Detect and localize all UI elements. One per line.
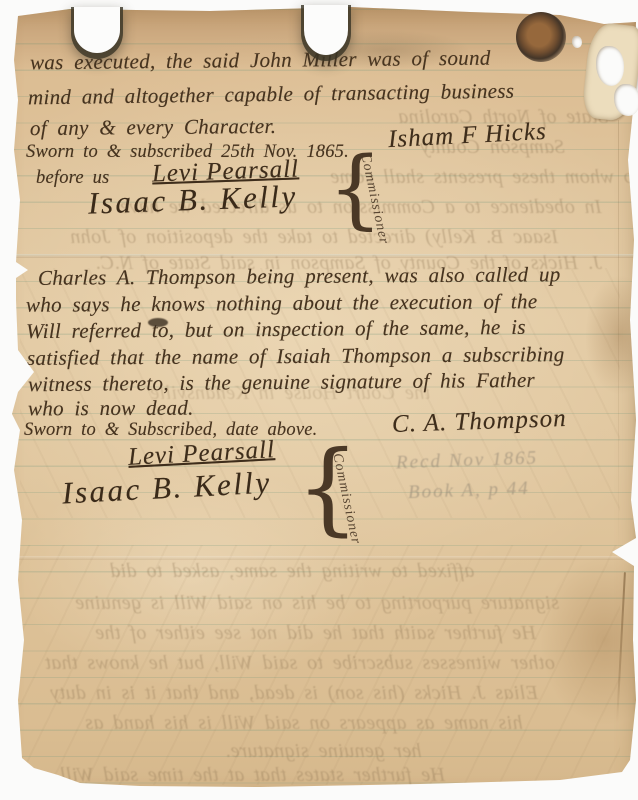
handwriting-line: witness thereto, is the genuine signatur… <box>28 368 535 397</box>
pencil-note-book: Book A, p 44 <box>408 478 531 504</box>
fold-line <box>618 120 619 560</box>
tear-hole <box>614 84 638 116</box>
tear-hole <box>596 46 624 86</box>
fold-crease <box>0 254 638 258</box>
handwriting-line: Will referred to, but on inspection of t… <box>26 315 526 344</box>
rust-grommet-stain <box>516 12 566 62</box>
officer-signature-kelly: Isaac B. Kelly <box>87 178 298 221</box>
handwriting-line: who is now dead. <box>28 396 194 422</box>
scanned-document-page: State of North Carolina Sampson County T… <box>0 0 638 800</box>
tear-hole <box>572 36 582 48</box>
handwriting-line: of any & every Character. <box>30 114 276 141</box>
burn-notch <box>74 7 120 53</box>
paper-sheet: State of North Carolina Sampson County T… <box>0 0 638 800</box>
bleedthrough-line: Isaac B. Kelly) directed to take the dep… <box>70 226 558 249</box>
handwriting-line: Charles A. Thompson being present, was a… <box>38 262 561 291</box>
burn-notch <box>304 5 348 55</box>
handwriting-line: satisfied that the name of Isaiah Thomps… <box>27 342 565 371</box>
ink-blot <box>148 318 168 327</box>
fold-crease <box>0 556 638 560</box>
handwriting-line: who says he knows nothing about the exec… <box>26 289 538 318</box>
bleedthrough-stroke-marks <box>20 545 620 785</box>
